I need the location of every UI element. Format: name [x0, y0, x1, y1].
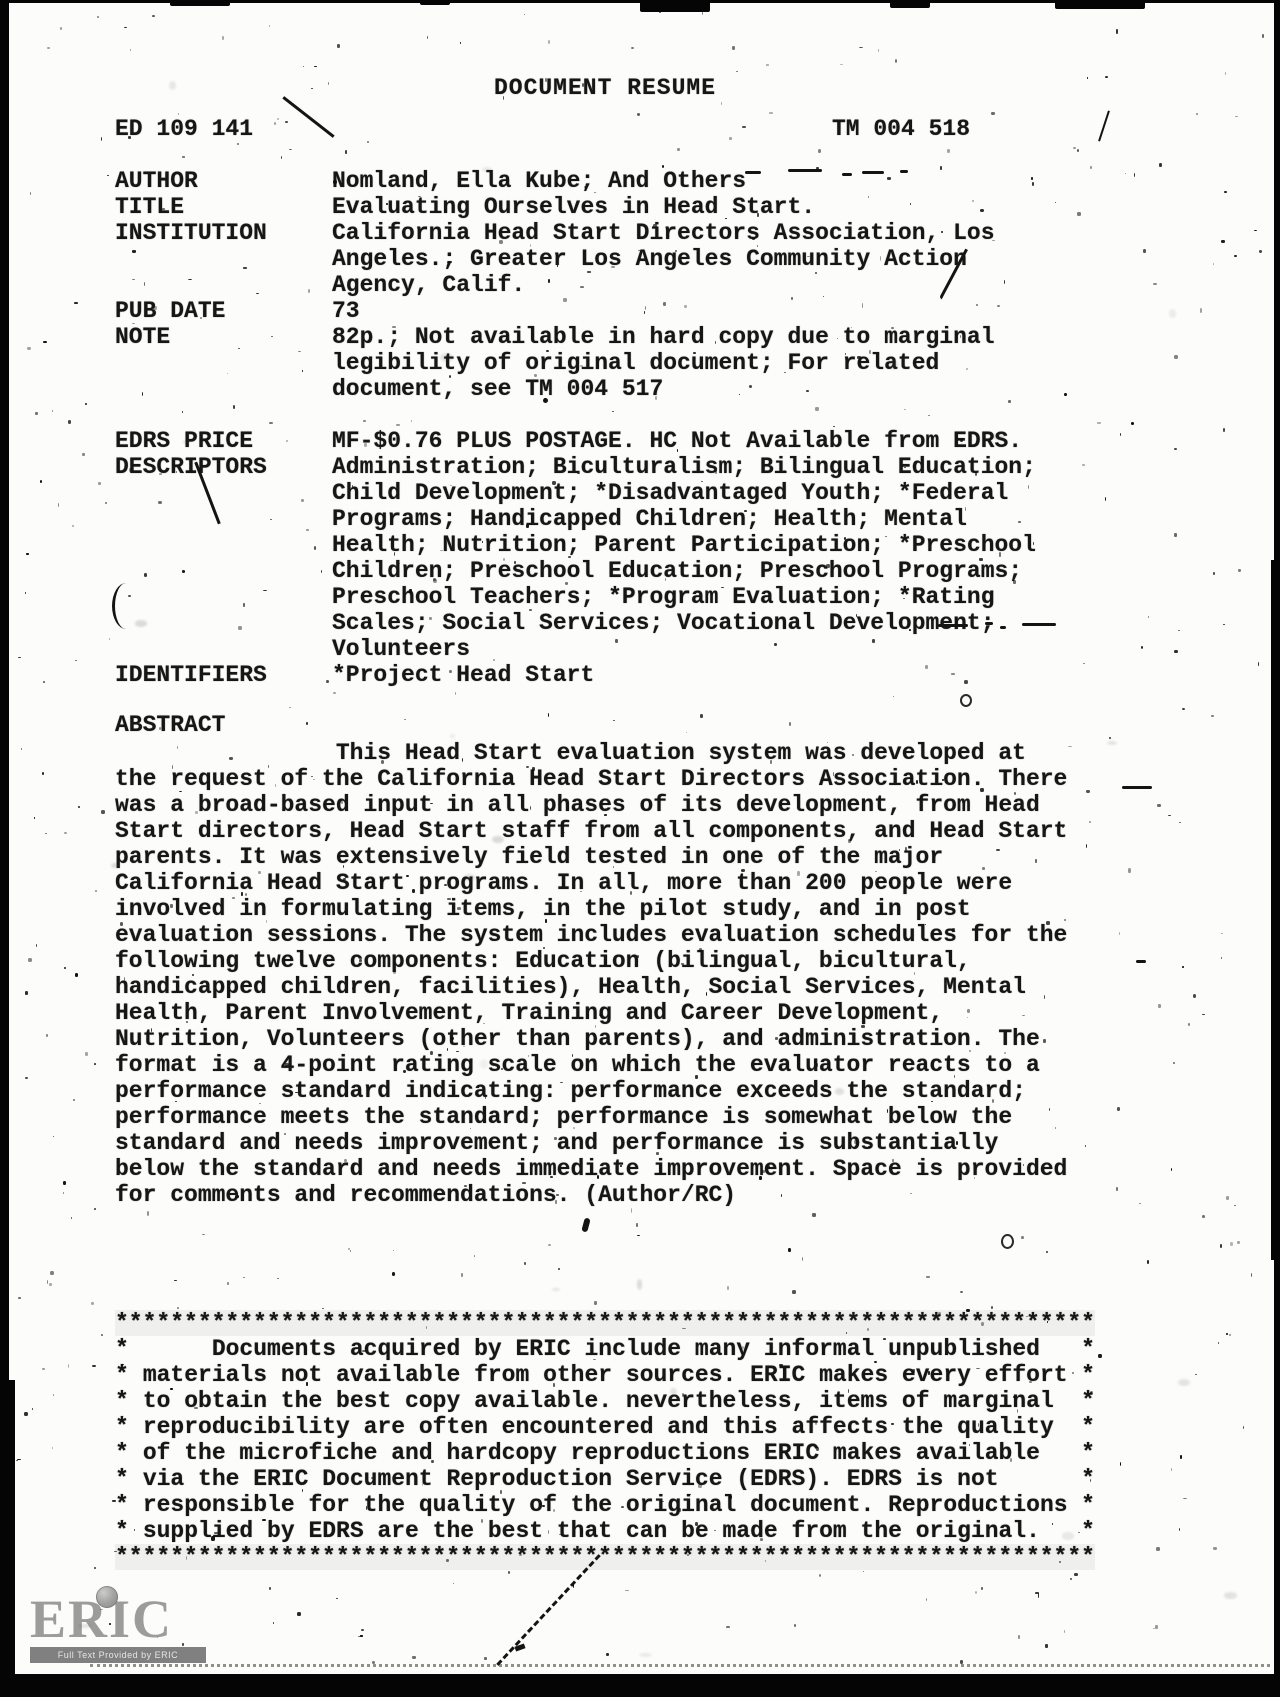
notice-left-star: *: [115, 1336, 129, 1362]
artifact-dash: [900, 170, 908, 173]
notice-line-text: reproducibility are often encountered an…: [129, 1414, 1081, 1440]
notice-line-text: of the microfiche and hardcopy reproduct…: [129, 1440, 1081, 1466]
globe-icon: [96, 1586, 118, 1608]
field-value: *Project Head Start: [332, 662, 594, 688]
field-row: IDENTIFIERS *Project Head Start: [115, 662, 1095, 688]
scan-edge-blob: [420, 0, 450, 5]
scan-edge-right-wide: [1271, 560, 1280, 1260]
notice-line: * to obtain the best copy available. nev…: [115, 1388, 1095, 1414]
notice-line: * via the ERIC Document Reproduction Ser…: [115, 1466, 1095, 1492]
field-label: DESCRIPTORS: [115, 454, 332, 662]
notice-right-star: *: [1081, 1466, 1095, 1492]
notice-line-text: supplied by EDRS are the best that can b…: [129, 1518, 1081, 1544]
document-resume-heading: DOCUMENT RESUME: [115, 75, 1095, 101]
field-label: EDRS PRICE: [115, 428, 332, 454]
field-row: NOTE 82p.; Not available in hard copy du…: [115, 324, 1095, 402]
scan-edge-blob: [890, 0, 930, 8]
scan-dotted-line: [90, 1664, 1270, 1667]
field-value: Evaluating Ourselves in Head Start.: [332, 194, 815, 220]
artifact-ring: [960, 694, 972, 707]
notice-line: * Documents acquired by ERIC include man…: [115, 1336, 1095, 1362]
artifact-dash: [1000, 626, 1006, 629]
notice-left-star: *: [115, 1440, 129, 1466]
field-label: NOTE: [115, 324, 332, 402]
scan-edge-blob: [1055, 0, 1145, 9]
notice-right-star: *: [1081, 1440, 1095, 1466]
eric-logo-tagline: Full Text Provided by ERIC: [58, 1650, 178, 1660]
field-label: PUB DATE: [115, 298, 332, 324]
field-value: Nomland, Ella Kube; And Others: [332, 168, 746, 194]
notice-right-star: *: [1081, 1518, 1095, 1544]
artifact-ring: [1001, 1234, 1014, 1249]
notice-line-text: via the ERIC Document Reproduction Servi…: [129, 1466, 1081, 1492]
artifact-stroke: [1098, 110, 1110, 141]
scan-edge-blob: [170, 0, 230, 6]
notice-top-border: ****************************************…: [115, 1310, 1095, 1336]
artifact-dash: [1136, 960, 1146, 963]
notice-left-star: *: [115, 1414, 129, 1440]
notice-line: * reproducibility are often encountered …: [115, 1414, 1095, 1440]
ed-number: ED 109 141: [115, 116, 253, 142]
artifact-dash: [1122, 786, 1152, 789]
notice-line-text: Documents acquired by ERIC include many …: [129, 1336, 1081, 1362]
notice-line-text: responsible for the quality of the origi…: [129, 1492, 1081, 1518]
notice-left-star: *: [115, 1492, 129, 1518]
tm-number: TM 004 518: [832, 116, 970, 142]
artifact-dash: [1022, 623, 1056, 626]
notice-right-star: *: [1081, 1492, 1095, 1518]
notice-bottom-border: ****************************************…: [115, 1544, 1095, 1570]
field-value: 82p.; Not available in hard copy due to …: [332, 324, 995, 402]
artifact-blot: [543, 398, 548, 403]
field-label: TITLE: [115, 194, 332, 220]
notice-line: * of the microfiche and hardcopy reprodu…: [115, 1440, 1095, 1466]
artifact-dash: [985, 622, 993, 625]
field-label: AUTHOR: [115, 168, 332, 194]
eric-logo-text: ERIC: [30, 1594, 206, 1644]
notice-right-star: *: [1081, 1362, 1095, 1388]
field-value: Administration; Biculturalism; Bilingual…: [332, 454, 1036, 662]
field-row: DESCRIPTORS Administration; Biculturalis…: [115, 454, 1095, 662]
notice-line: * responsible for the quality of the ori…: [115, 1492, 1095, 1518]
abstract-heading: ABSTRACT: [115, 712, 1095, 738]
notice-line: * materials not available from other sou…: [115, 1362, 1095, 1388]
artifact-dash: [938, 624, 968, 627]
scan-edge-blob: [640, 0, 710, 12]
notice-line-text: materials not available from other sourc…: [129, 1362, 1081, 1388]
notice-right-star: *: [1081, 1414, 1095, 1440]
notice-line-text: to obtain the best copy available. never…: [129, 1388, 1081, 1414]
notice-left-star: *: [115, 1518, 129, 1544]
artifact-dash: [842, 173, 852, 176]
notice-right-star: *: [1081, 1336, 1095, 1362]
notice-right-star: *: [1081, 1388, 1095, 1414]
eric-logo-banner: Full Text Provided by ERIC: [30, 1647, 206, 1663]
field-value: MF-$0.76 PLUS POSTAGE. HC Not Available …: [332, 428, 1022, 454]
field-value: 73: [332, 298, 360, 324]
edrs-reproduction-notice: ****************************************…: [115, 1310, 1095, 1570]
artifact-dash: [745, 171, 761, 174]
artifact-dashed-stroke: [496, 1554, 600, 1666]
notice-left-star: *: [115, 1388, 129, 1414]
notice-line: * supplied by EDRS are the best that can…: [115, 1518, 1095, 1544]
notice-left-star: *: [115, 1466, 129, 1492]
field-row: AUTHOR Nomland, Ella Kube; And Others: [115, 168, 1095, 194]
abstract-text: This Head Start evaluation system was de…: [115, 740, 1095, 1208]
field-label: INSTITUTION: [115, 220, 332, 298]
artifact-dash: [788, 169, 822, 172]
accession-number-row: ED 109 141 TM 004 518: [115, 116, 1095, 142]
scan-edge-left-wide: [0, 1380, 15, 1697]
artifact-dash: [862, 171, 884, 174]
scanned-document-page: DOCUMENT RESUME ED 109 141 TM 004 518 AU…: [0, 0, 1280, 1697]
eric-logo: ERIC Full Text Provided by ERIC: [30, 1594, 206, 1663]
notice-lines: * Documents acquired by ERIC include man…: [115, 1336, 1095, 1544]
document-content: DOCUMENT RESUME ED 109 141 TM 004 518 AU…: [115, 0, 1095, 1570]
field-value: California Head Start Directors Associat…: [332, 220, 995, 298]
field-row: TITLE Evaluating Ourselves in Head Start…: [115, 194, 1095, 220]
field-label: IDENTIFIERS: [115, 662, 332, 688]
field-row: EDRS PRICE MF-$0.76 PLUS POSTAGE. HC Not…: [115, 428, 1095, 454]
scan-edge-bottom: [0, 1674, 1280, 1697]
field-row: PUB DATE 73: [115, 298, 1095, 324]
indexing-fields: EDRS PRICE MF-$0.76 PLUS POSTAGE. HC Not…: [115, 428, 1095, 688]
notice-left-star: *: [115, 1362, 129, 1388]
